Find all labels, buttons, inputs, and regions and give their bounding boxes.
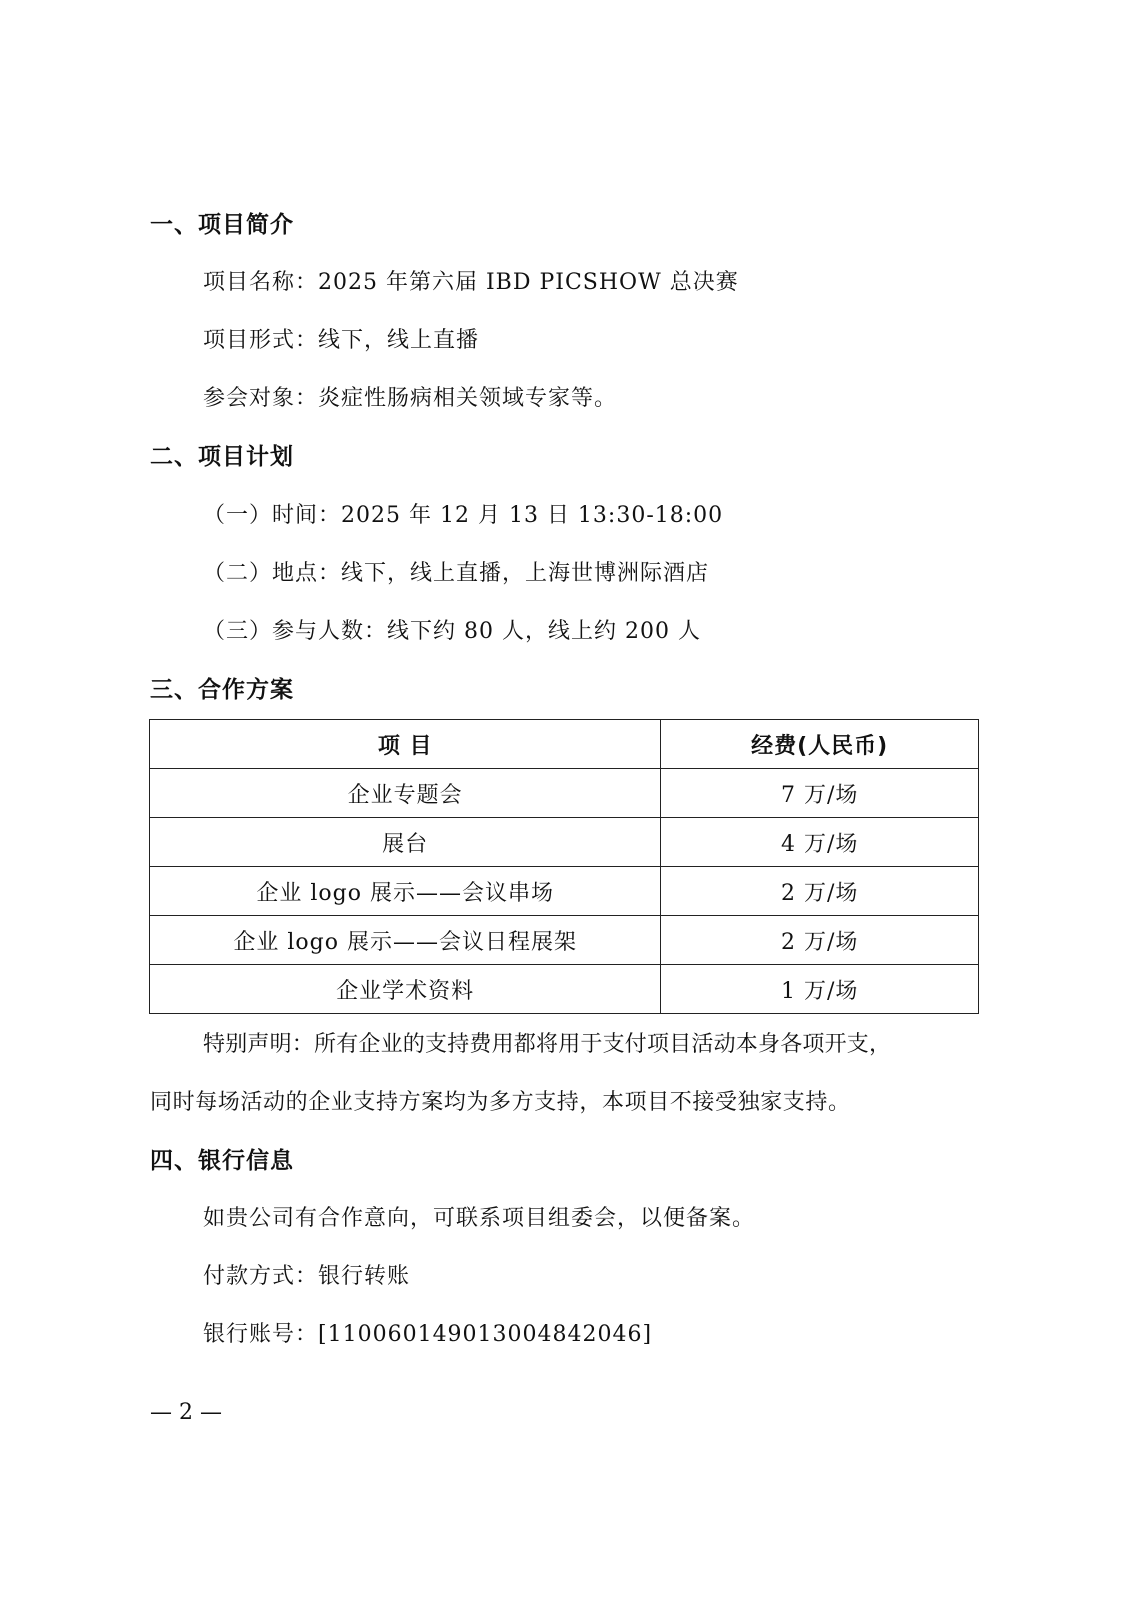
bank-account: 银行账号：[11006014901300484204​6] (203, 1320, 652, 1350)
cooperation-table: 项 目 经费(人民币) 企业专题会 7 万/场 展台 4 万/场 企业 logo… (149, 719, 979, 1014)
document-page: 一、项目简介 项目名称：2025 年第六届 IBD PICSHOW 总决赛 项目… (0, 0, 1131, 1600)
table-row: 企业 logo 展示——会议日程展架 2 万/场 (150, 916, 979, 965)
cost-cell: 4 万/场 (661, 818, 979, 867)
item-cell: 企业 logo 展示——会议日程展架 (150, 916, 661, 965)
table-row: 展台 4 万/场 (150, 818, 979, 867)
plan-time: （一）时间：2025 年 12 月 13 日 13:30-18:00 (203, 501, 723, 531)
item-cell: 展台 (150, 818, 661, 867)
special-notice-line2: 同时每场活动的企业支持方案均为多方支持，本项目不接受独家支持。 (150, 1088, 851, 1118)
section-heading-bank: 四、银行信息 (150, 1146, 294, 1176)
cost-cell: 2 万/场 (661, 867, 979, 916)
cost-cell: 1 万/场 (661, 965, 979, 1014)
item-cell: 企业 logo 展示——会议串场 (150, 867, 661, 916)
item-cell: 企业专题会 (150, 769, 661, 818)
contact-note: 如贵公司有合作意向，可联系项目组委会，以便备案。 (203, 1204, 755, 1234)
project-name: 项目名称：2025 年第六届 IBD PICSHOW 总决赛 (203, 268, 739, 298)
section-heading-cooperation: 三、合作方案 (150, 675, 294, 705)
header-cost: 经费(人民币) (661, 720, 979, 769)
section-heading-intro: 一、项目简介 (150, 210, 294, 240)
target-audience: 参会对象：炎症性肠病相关领域专家等。 (203, 384, 617, 414)
section-heading-plan: 二、项目计划 (150, 442, 294, 472)
cost-cell: 7 万/场 (661, 769, 979, 818)
header-item: 项 目 (150, 720, 661, 769)
table-header-row: 项 目 经费(人民币) (150, 720, 979, 769)
project-format: 项目形式：线下，线上直播 (203, 326, 479, 356)
cost-cell: 2 万/场 (661, 916, 979, 965)
special-notice-line1: 特别声明：所有企业的支持费用都将用于支付项目活动本身各项开支， (203, 1030, 891, 1060)
table-row: 企业 logo 展示——会议串场 2 万/场 (150, 867, 979, 916)
plan-location: （二）地点：线下，线上直播，上海世博洲际酒店 (203, 559, 709, 589)
plan-attendance: （三）参与人数：线下约 80 人，线上约 200 人 (203, 617, 701, 647)
table-row: 企业学术资料 1 万/场 (150, 965, 979, 1014)
page-number: — 2 — (150, 1398, 222, 1428)
payment-method: 付款方式：银行转账 (203, 1262, 410, 1292)
item-cell: 企业学术资料 (150, 965, 661, 1014)
table-row: 企业专题会 7 万/场 (150, 769, 979, 818)
